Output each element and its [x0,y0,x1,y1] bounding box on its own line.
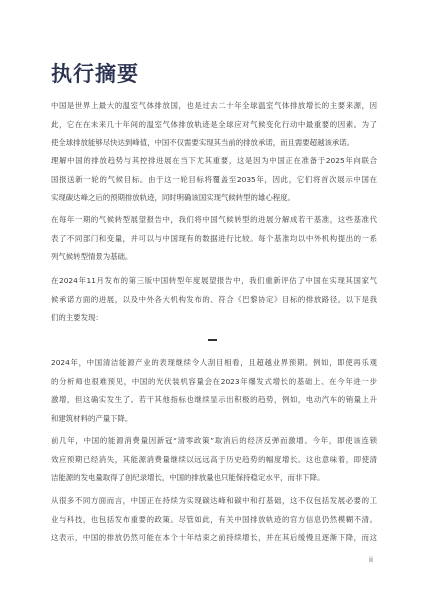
text-line: 的分析师也很难预见，中国的光伏装机容量会在2023年爆发式增长的基础上、在今年进… [51,373,377,392]
text-line: 理解中国的排放趋势与其控排进展在当下尤其重要，这是因为中国正在准备于2025年向… [51,152,377,171]
paragraph-7: 从很多不同方面而言，中国正在持续为实现碳达峰和碳中和打基础，这不仅包括发展必要的… [51,492,377,548]
paragraph-4: 在2024年11月发布的第三版中国转型年度展望报告中，我们重新评估了中国在实现其… [51,272,377,328]
text-line: 列气候转型情景为基础。 [51,248,377,267]
text-line: 中国是世界上最大的温室气体排放国，也是过去二十年全球温室气体排放增长的主要来源，… [51,97,377,116]
text-line: 在2024年11月发布的第三版中国转型年度展望报告中，我们重新评估了中国在实现其… [51,272,377,291]
text-line: 从很多不同方面而言，中国正在持续为实现碳达峰和碳中和打基础，这不仅包括发展必要的… [51,492,377,511]
paragraph-3: 在每年一期的气候转型展望报告中，我们将中国气候转型的进展分解成若干基准，这些基准… [51,211,377,267]
document-page: 执行摘要 中国是世界上最大的温室气体排放国，也是过去二十年全球温室气体排放增长的… [0,0,424,600]
page-number: ii [369,556,373,564]
text-line: 这表示，中国的排放仍然可能在本个十年结束之前持续增长，并在其后缓慢且逐渐下降，而… [51,529,377,548]
text-line: 前几年，中国的能源消费量因新冠“清零政策”取消后的经济反弹而激增。今年，即使该连… [51,432,377,451]
text-line: 表了不同部门和变量，并可以与中国现有的数据进行比较。每个基准均以中外机构提出的一… [51,230,377,249]
paragraph-6: 前几年，中国的能源消费量因新冠“清零政策”取消后的经济反弹而激增。今年，即使该连… [51,432,377,488]
text-line: 和建筑材料的产量下降。 [51,410,377,429]
paragraph-5: 2024年，中国清洁能源产业的表现继续令人刮目相看，且超越业界预期。例如，即使再… [51,354,377,428]
text-line: 使全球排放能够尽快达到峰值，中国不仅需要实现其当前的排放承诺，而且需要超越该承诺… [51,134,377,153]
text-line: 们的主要发现： [51,309,377,328]
text-line: 业与科技，也包括发布重要的政策。尽管如此，有关中国排放轨迹的官方信息仍然模糊不清… [51,511,377,530]
section-separator [208,339,217,341]
text-line: 国报送新一轮的气候目标。由于这一轮目标将覆盖至2035年，因此，它们将首次展示中… [51,171,377,190]
text-line: 此，它在在未来几十年间的温室气体排放轨迹是全球应对气候变化行动中最重要的因素。为… [51,116,377,135]
text-line: 在每年一期的气候转型展望报告中，我们将中国气候转型的进展分解成若干基准，这些基准… [51,211,377,230]
text-line: 实现碳达峰之后的预期排放轨迹，同时明确该国实现气候转型的雄心程度。 [51,189,377,208]
page-title: 执行摘要 [51,58,139,88]
paragraph-2: 理解中国的排放趋势与其控排进展在当下尤其重要，这是因为中国正在准备于2025年向… [51,152,377,208]
text-line: 洁能源的发电量取得了创纪录增长，中国的排放量也只能保持稳定水平，而非下降。 [51,469,377,488]
text-line: 候承诺方面的进展，以及中外各大机构发布的、符合《巴黎协定》目标的排放路径。以下是… [51,291,377,310]
text-line: 激增，但这确实发生了。若干其他指标也继续显示出积极的趋势，例如，电动汽车的销量上… [51,391,377,410]
paragraph-1: 中国是世界上最大的温室气体排放国，也是过去二十年全球温室气体排放增长的主要来源，… [51,97,377,153]
text-line: 2024年，中国清洁能源产业的表现继续令人刮目相看，且超越业界预期。例如，即使再… [51,354,377,373]
text-line: 效应预期已经消失，其能源消费量继续以远远高于历史趋势的幅度增长。这也意味着，即使… [51,451,377,470]
